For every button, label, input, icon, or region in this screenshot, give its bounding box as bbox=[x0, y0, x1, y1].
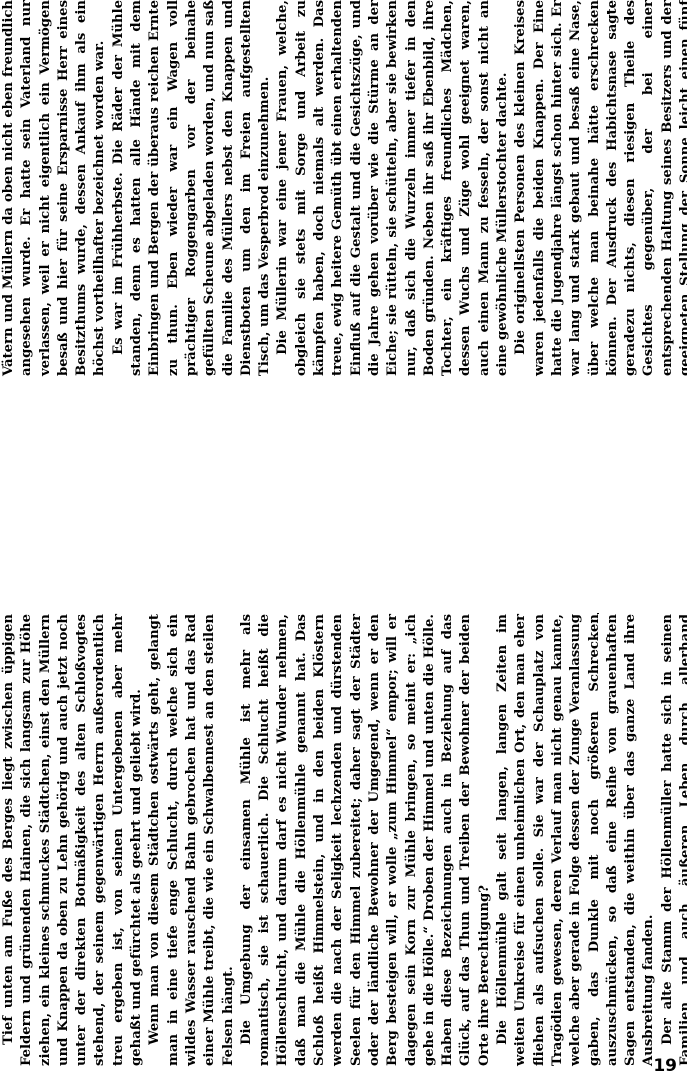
paragraph: Es war im Frühherbste. Die Räder der Müh… bbox=[110, 0, 275, 376]
scan-speck bbox=[607, 12, 609, 14]
scan-speck bbox=[614, 4, 615, 6]
paragraph: Der alte Stamm der Höllenmüller hatte si… bbox=[659, 614, 687, 1066]
page-number: 19 bbox=[653, 1056, 677, 1076]
book-page: Tief unten am Fuße des Berges liegt zwis… bbox=[0, 0, 687, 1084]
paragraph: Die originellsten Personen des kleinen K… bbox=[512, 0, 687, 376]
text-column-first: Tief unten am Fuße des Berges liegt zwis… bbox=[0, 614, 682, 1066]
text-column-second: Vätern und Müllern da oben nicht eben fr… bbox=[0, 0, 682, 376]
paragraph: Die Müllerin war eine jener Frauen, welc… bbox=[274, 0, 512, 376]
paragraph: Die Umgebung der einsamen Mühle ist mehr… bbox=[238, 614, 494, 1066]
paragraph: Tief unten am Fuße des Berges liegt zwis… bbox=[0, 614, 146, 1066]
paragraph: Vätern und Müllern da oben nicht eben fr… bbox=[0, 0, 110, 376]
paragraph: Wenn man von diesem Städtchen ostwärts g… bbox=[146, 614, 237, 1066]
scan-speck bbox=[597, 613, 599, 614]
paragraph: Die Höllenmühle galt seit langen, langen… bbox=[494, 614, 659, 1066]
